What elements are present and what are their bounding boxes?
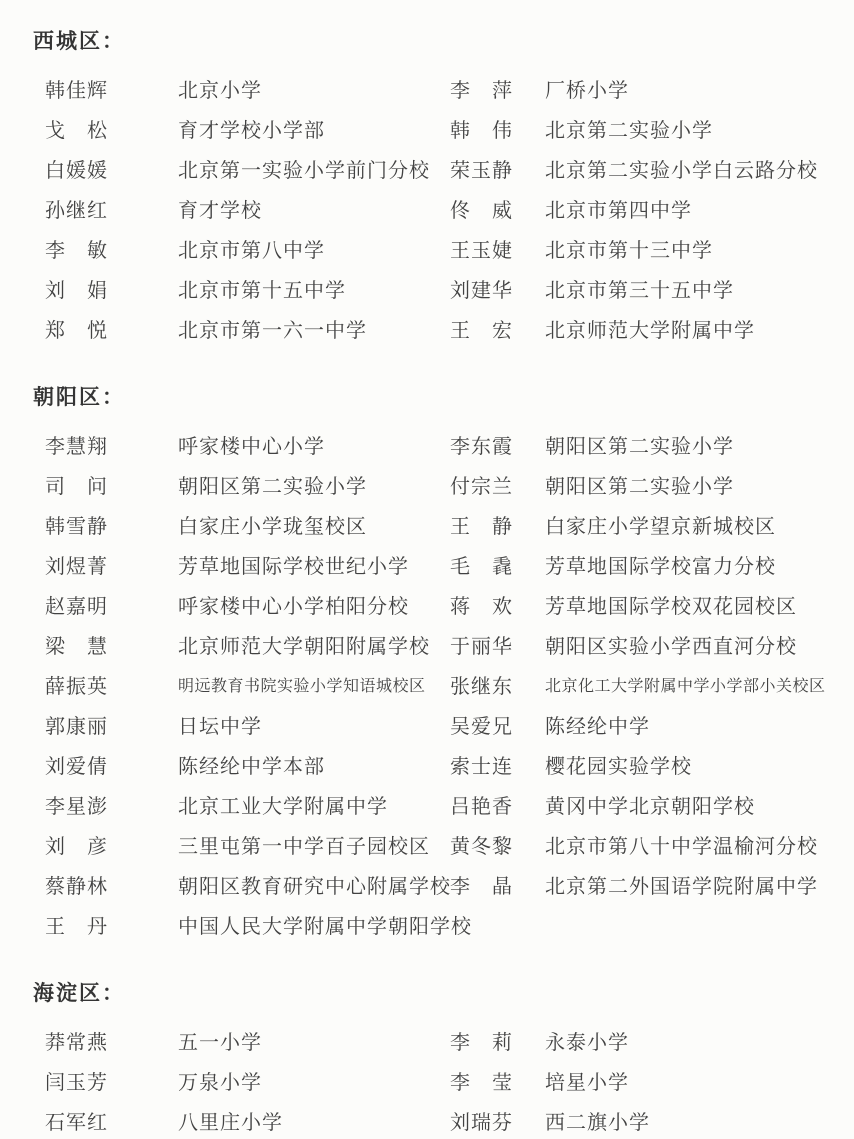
teacher-name: 张继东 [450, 670, 545, 699]
teacher-name: 李 萍 [450, 74, 545, 103]
teacher-name: 孙继红 [45, 194, 178, 223]
table-row: 薛振英 明远教育书院实验小学知语城校区 张继东 北京化工大学附属中学小学部小关校… [33, 664, 854, 704]
teacher-name: 李 莹 [450, 1066, 545, 1095]
table-row: 郑 悦 北京市第一六一中学 王 宏 北京师范大学附属中学 [33, 308, 854, 348]
school-name: 黄冈中学北京朝阳学校 [545, 790, 755, 819]
teacher-name: 刘爱倩 [45, 750, 178, 779]
table-row: 刘 彦 三里屯第一中学百子园校区 黄冬黎 北京市第八十中学温榆河分校 [33, 824, 854, 864]
school-name: 八里庄小学 [178, 1106, 450, 1135]
school-name: 北京师范大学附属中学 [545, 314, 755, 343]
school-name: 朝阳区第二实验小学 [545, 430, 734, 459]
table-row: 韩佳辉 北京小学 李 萍 厂桥小学 [33, 68, 854, 108]
school-name: 陈经纶中学本部 [178, 750, 450, 779]
section-haidian: 海淀区： 莽常燕 五一小学 李 莉 永泰小学 闫玉芳 万泉小学 李 莹 培星小学… [33, 980, 854, 1139]
teacher-name: 王 丹 [45, 910, 178, 939]
table-row: 梁 慧 北京师范大学朝阳附属学校 于丽华 朝阳区实验小学西直河分校 [33, 624, 854, 664]
teacher-name: 韩 伟 [450, 114, 545, 143]
teacher-name: 李慧翔 [45, 430, 178, 459]
table-row: 蔡静林 朝阳区教育研究中心附属学校 李 晶 北京第二外国语学院附属中学 [33, 864, 854, 904]
school-name: 朝阳区第二实验小学 [178, 470, 450, 499]
school-name: 芳草地国际学校双花园校区 [545, 590, 797, 619]
teacher-name: 刘 娟 [45, 274, 178, 303]
table-row: 李星澎 北京工业大学附属中学 吕艳香 黄冈中学北京朝阳学校 [33, 784, 854, 824]
table-row: 韩雪静 白家庄小学珑玺校区 王 静 白家庄小学望京新城校区 [33, 504, 854, 544]
table-row: 刘煜菁 芳草地国际学校世纪小学 毛 毳 芳草地国际学校富力分校 [33, 544, 854, 584]
school-name: 呼家楼中心小学柏阳分校 [178, 590, 450, 619]
school-name: 朝阳区第二实验小学 [545, 470, 734, 499]
table-row: 赵嘉明 呼家楼中心小学柏阳分校 蒋 欢 芳草地国际学校双花园校区 [33, 584, 854, 624]
school-name: 北京第二实验小学 [545, 114, 713, 143]
teacher-name: 王玉婕 [450, 234, 545, 263]
teacher-name: 刘煜菁 [45, 550, 178, 579]
table-row: 王 丹 中国人民大学附属中学朝阳学校 [33, 904, 854, 944]
teacher-name: 王 静 [450, 510, 545, 539]
teacher-name: 吕艳香 [450, 790, 545, 819]
teacher-name: 于丽华 [450, 630, 545, 659]
teacher-name: 索士连 [450, 750, 545, 779]
school-name: 樱花园实验学校 [545, 750, 692, 779]
teacher-name: 王 宏 [450, 314, 545, 343]
table-row: 孙继红 育才学校 佟 威 北京市第四中学 [33, 188, 854, 228]
teacher-name: 吴爱兄 [450, 710, 545, 739]
school-name: 白家庄小学望京新城校区 [545, 510, 776, 539]
teacher-name: 蒋 欢 [450, 590, 545, 619]
table-row: 刘 娟 北京市第十五中学 刘建华 北京市第三十五中学 [33, 268, 854, 308]
school-name: 育才学校 [178, 194, 450, 223]
teacher-name: 李 敏 [45, 234, 178, 263]
teacher-name: 韩雪静 [45, 510, 178, 539]
section-xicheng: 西城区： 韩佳辉 北京小学 李 萍 厂桥小学 戈 松 育才学校小学部 韩 伟 北… [33, 28, 854, 348]
school-name: 芳草地国际学校富力分校 [545, 550, 776, 579]
table-row: 刘爱倩 陈经纶中学本部 索士连 樱花园实验学校 [33, 744, 854, 784]
teacher-name: 李 莉 [450, 1026, 545, 1055]
school-name: 永泰小学 [545, 1026, 629, 1055]
school-name: 厂桥小学 [545, 74, 629, 103]
teacher-name: 毛 毳 [450, 550, 545, 579]
school-name: 北京市第一六一中学 [178, 314, 450, 343]
table-row: 李慧翔 呼家楼中心小学 李东霞 朝阳区第二实验小学 [33, 424, 854, 464]
school-name: 日坛中学 [178, 710, 450, 739]
school-name: 朝阳区实验小学西直河分校 [545, 630, 797, 659]
table-row: 郭康丽 日坛中学 吴爱兄 陈经纶中学 [33, 704, 854, 744]
teacher-name: 刘建华 [450, 274, 545, 303]
teacher-name: 郑 悦 [45, 314, 178, 343]
teacher-name: 石军红 [45, 1106, 178, 1135]
school-name: 西二旗小学 [545, 1106, 650, 1135]
school-name: 北京市第四中学 [545, 194, 692, 223]
school-name: 北京工业大学附属中学 [178, 790, 450, 819]
school-name: 培星小学 [545, 1066, 629, 1095]
school-name: 北京师范大学朝阳附属学校 [178, 630, 450, 659]
teacher-name: 赵嘉明 [45, 590, 178, 619]
school-name: 三里屯第一中学百子园校区 [178, 830, 450, 859]
teacher-name: 戈 松 [45, 114, 178, 143]
teacher-name: 李星澎 [45, 790, 178, 819]
scanned-roster-document: 西城区： 韩佳辉 北京小学 李 萍 厂桥小学 戈 松 育才学校小学部 韩 伟 北… [0, 0, 854, 1139]
school-name: 芳草地国际学校世纪小学 [178, 550, 450, 579]
section-chaoyang: 朝阳区： 李慧翔 呼家楼中心小学 李东霞 朝阳区第二实验小学 司 问 朝阳区第二… [33, 384, 854, 944]
teacher-name: 韩佳辉 [45, 74, 178, 103]
teacher-name: 李东霞 [450, 430, 545, 459]
school-name: 明远教育书院实验小学知语城校区 [178, 673, 450, 696]
teacher-name: 李 晶 [450, 870, 545, 899]
table-row: 白媛媛 北京第一实验小学前门分校 荣玉静 北京第二实验小学白云路分校 [33, 148, 854, 188]
table-row: 戈 松 育才学校小学部 韩 伟 北京第二实验小学 [33, 108, 854, 148]
school-name: 陈经纶中学 [545, 710, 650, 739]
school-name: 北京第二外国语学院附属中学 [545, 870, 818, 899]
school-name: 白家庄小学珑玺校区 [178, 510, 450, 539]
table-row: 司 问 朝阳区第二实验小学 付宗兰 朝阳区第二实验小学 [33, 464, 854, 504]
school-name: 北京第二实验小学白云路分校 [545, 154, 818, 183]
table-row: 莽常燕 五一小学 李 莉 永泰小学 [33, 1020, 854, 1060]
school-name: 中国人民大学附属中学朝阳学校 [178, 910, 450, 939]
teacher-name: 闫玉芳 [45, 1066, 178, 1095]
school-name: 北京市第八中学 [178, 234, 450, 263]
teacher-name: 司 问 [45, 470, 178, 499]
teacher-name: 黄冬黎 [450, 830, 545, 859]
table-row: 李 敏 北京市第八中学 王玉婕 北京市第十三中学 [33, 228, 854, 268]
school-name: 北京市第十五中学 [178, 274, 450, 303]
section-title: 海淀区： [33, 980, 854, 1006]
teacher-name: 荣玉静 [450, 154, 545, 183]
school-name: 北京第一实验小学前门分校 [178, 154, 450, 183]
school-name: 万泉小学 [178, 1066, 450, 1095]
teacher-name: 刘 彦 [45, 830, 178, 859]
teacher-name: 白媛媛 [45, 154, 178, 183]
teacher-name: 佟 威 [450, 194, 545, 223]
table-row: 石军红 八里庄小学 刘瑞芬 西二旗小学 [33, 1100, 854, 1139]
section-title: 朝阳区： [33, 384, 854, 410]
school-name: 北京市第八十中学温榆河分校 [545, 830, 818, 859]
school-name: 呼家楼中心小学 [178, 430, 450, 459]
teacher-name: 刘瑞芬 [450, 1106, 545, 1135]
teacher-name: 薛振英 [45, 670, 178, 699]
school-name: 五一小学 [178, 1026, 450, 1055]
school-name: 北京市第十三中学 [545, 234, 713, 263]
teacher-name: 郭康丽 [45, 710, 178, 739]
school-name: 北京市第三十五中学 [545, 274, 734, 303]
teacher-name: 蔡静林 [45, 870, 178, 899]
section-title: 西城区： [33, 28, 854, 54]
school-name: 朝阳区教育研究中心附属学校 [178, 870, 450, 899]
teacher-name: 梁 慧 [45, 630, 178, 659]
teacher-name: 付宗兰 [450, 470, 545, 499]
table-row: 闫玉芳 万泉小学 李 莹 培星小学 [33, 1060, 854, 1100]
school-name: 育才学校小学部 [178, 114, 450, 143]
school-name: 北京小学 [178, 74, 450, 103]
school-name: 北京化工大学附属中学小学部小关校区 [545, 673, 826, 696]
teacher-name: 莽常燕 [45, 1026, 178, 1055]
